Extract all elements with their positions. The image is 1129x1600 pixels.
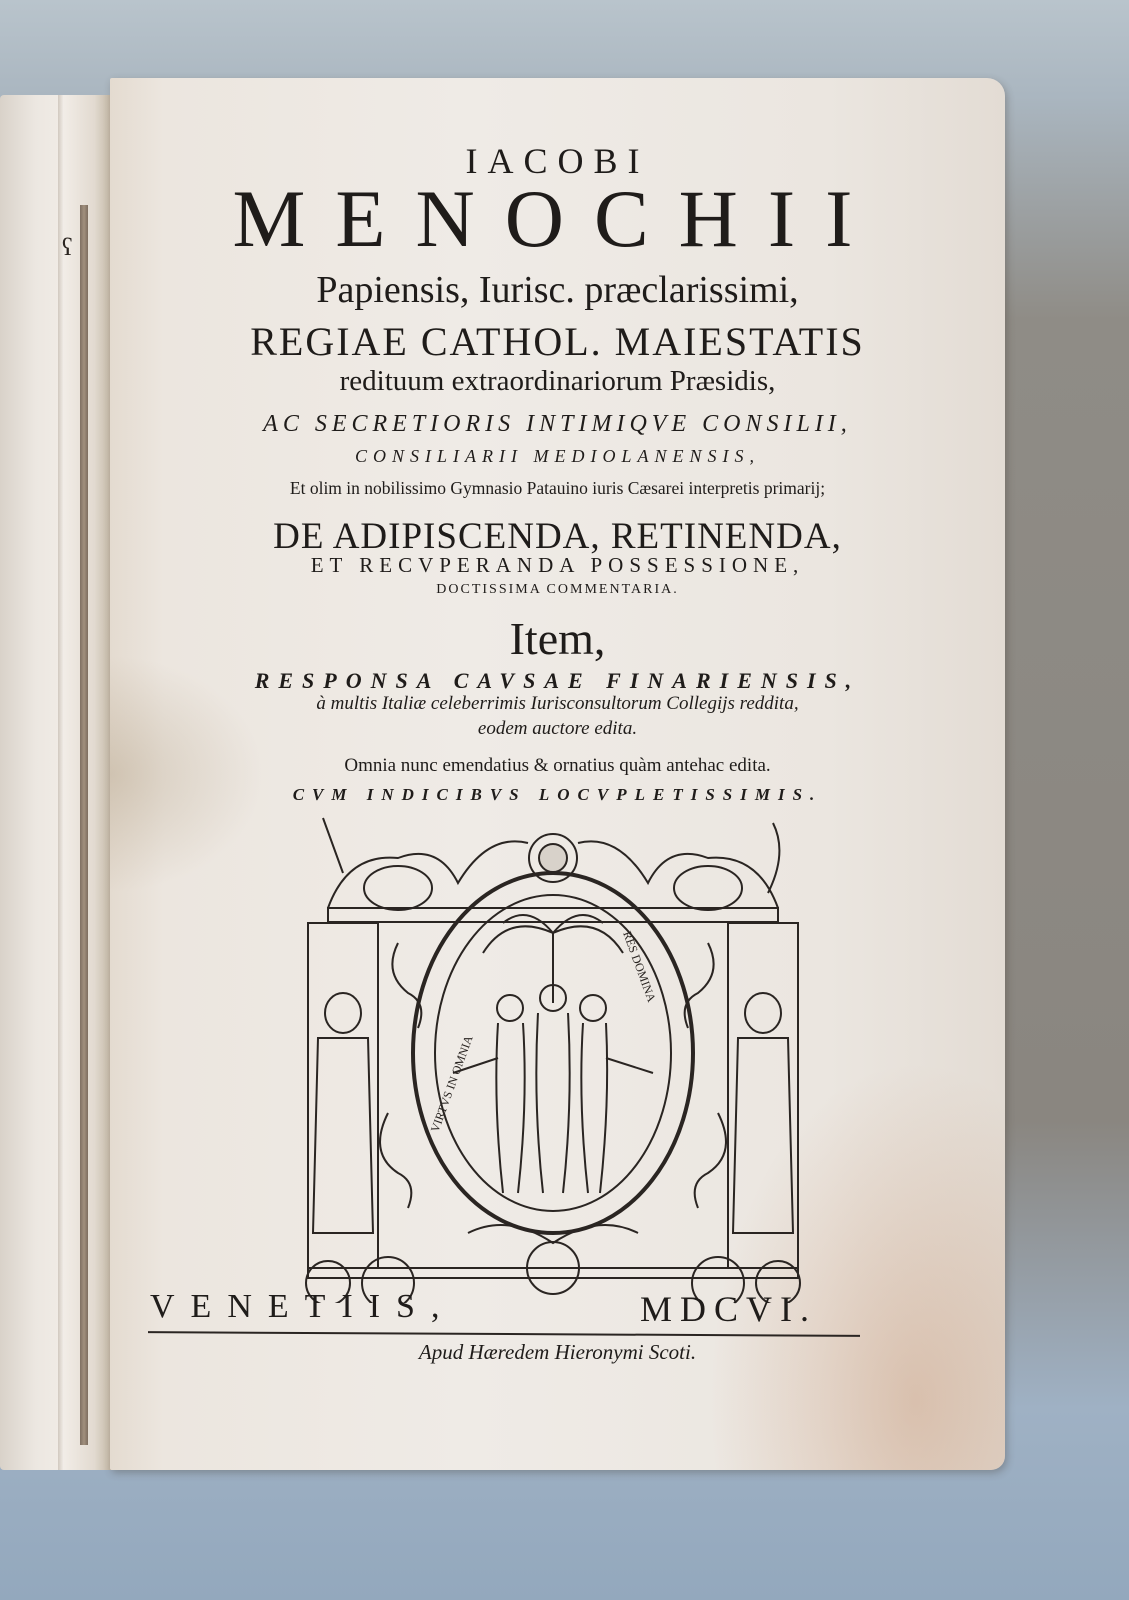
book-spine: ʕ bbox=[0, 95, 118, 1470]
imprint-year: MDCVI. bbox=[640, 1288, 860, 1330]
imprint-place: VENETIIS, bbox=[150, 1288, 470, 1326]
second-work-1: RESPONSA CAVSAE FINARIENSIS, bbox=[110, 668, 1005, 694]
office-line-5: Et olim in nobilissimo Gymnasio Patauino… bbox=[110, 478, 1005, 499]
work-title-2: ET RECVPERANDA POSSESSIONE, bbox=[110, 553, 1005, 578]
imprint-rule bbox=[148, 1331, 860, 1337]
work-title-1: DE ADIPISCENDA, RETINENDA, bbox=[110, 515, 1005, 558]
author-origin: Papiensis, Iurisc. præclarissimi, bbox=[110, 268, 1005, 312]
item-heading: Item, bbox=[110, 612, 1005, 665]
printers-device-woodcut-icon: VIRTVS IN OMNIA RES DOMINA bbox=[288, 813, 818, 1303]
title-page: IACOBI MENOCHII Papiensis, Iurisc. præcl… bbox=[110, 78, 1005, 1470]
office-line-2: redituum extraordinariorum Præsidis, bbox=[110, 365, 1005, 398]
spine-damage-mark: ʕ bbox=[62, 235, 73, 262]
svg-text:RES DOMINA: RES DOMINA bbox=[620, 929, 659, 1004]
printer-line: Apud Hæredem Hieronymi Scoti. bbox=[110, 1340, 1005, 1365]
spine-fold bbox=[58, 95, 64, 1470]
edition-note: Omnia nunc emendatius & ornatius quàm an… bbox=[110, 755, 1005, 777]
spine-binding-gap bbox=[80, 205, 88, 1445]
office-line-1: REGIAE CATHOL. MAIESTATIS bbox=[110, 318, 1005, 365]
author-nomen: MENOCHII bbox=[110, 178, 1005, 260]
office-line-4: CONSILIARII MEDIOLANENSIS, bbox=[110, 446, 1005, 467]
work-title-3: DOCTISSIMA COMMENTARIA. bbox=[110, 582, 1005, 598]
second-work-2: à multis Italiæ celeberrimis Iurisconsul… bbox=[110, 693, 1005, 715]
office-line-3: AC SECRETIORIS INTIMIQVE CONSILII, bbox=[110, 411, 1005, 438]
indices-note: CVM INDICIBVS LOCVPLETISSIMIS. bbox=[110, 785, 1005, 805]
second-work-3: eodem auctore edita. bbox=[110, 718, 1005, 740]
